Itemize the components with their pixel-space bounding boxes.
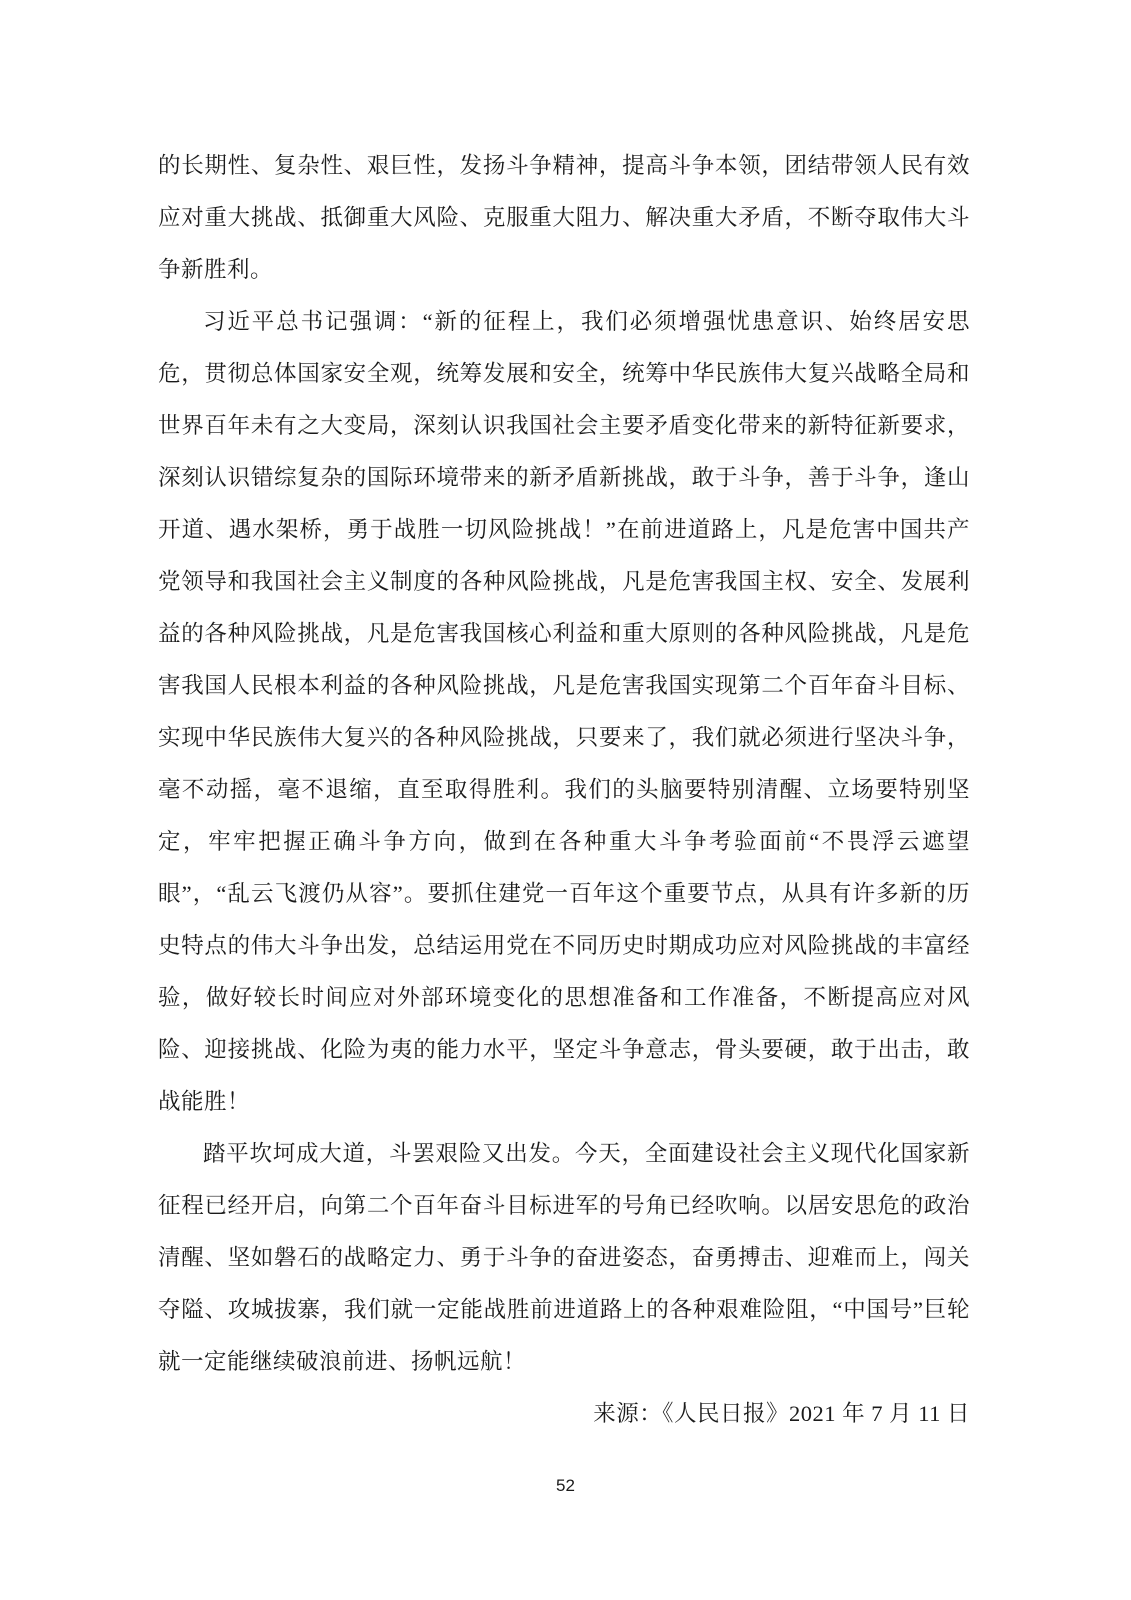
article-body: 的长期性、复杂性、艰巨性，发扬斗争精神，提高斗争本领，团结带领人民有效应对重大挑… <box>158 140 970 1440</box>
page-number: 52 <box>0 1476 1131 1496</box>
paragraph-quote-xi: 习近平总书记强调：“新的征程上，我们必须增强忧患意识、始终居安思危，贯彻总体国家… <box>158 296 970 1128</box>
source-attribution: 来源：《人民日报》2021 年 7 月 11 日 <box>158 1388 970 1440</box>
document-page: 的长期性、复杂性、艰巨性，发扬斗争精神，提高斗争本领，团结带领人民有效应对重大挑… <box>0 0 1131 1600</box>
paragraph-closing: 踏平坎坷成大道，斗罢艰险又出发。今天，全面建设社会主义现代化国家新征程已经开启，… <box>158 1128 970 1388</box>
paragraph-continuation: 的长期性、复杂性、艰巨性，发扬斗争精神，提高斗争本领，团结带领人民有效应对重大挑… <box>158 140 970 296</box>
